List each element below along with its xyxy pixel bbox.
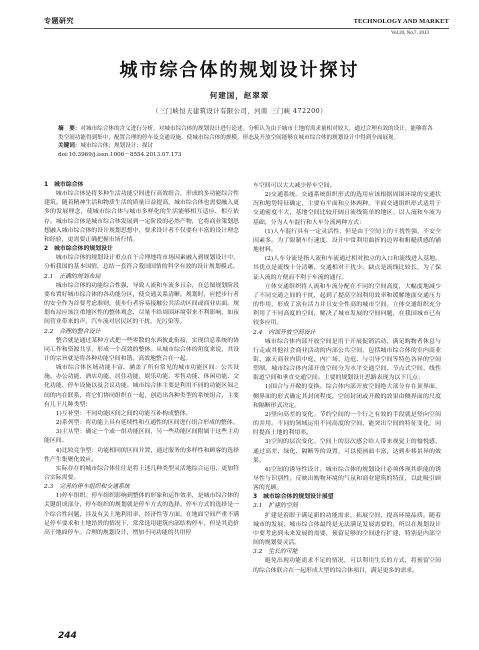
paragraph: (1)人车混行具有一定灵活性，但是由于空间上的干扰性强，不安全因素多。为了限制车… (253, 228, 441, 255)
section-heading: 2 城市综合体的规划设计 (44, 245, 239, 254)
abstract-text: 对城市综合体的含义进行分析，对城市综合体的规划设计进行论述。分析认为由于城市土地… (58, 126, 433, 141)
paragraph: 2)系列型：将功能上具有延续性和互通性的区间进行组合形成的整体。 (44, 419, 239, 428)
paragraph: 城市综合体内部开放空间是用于开展促销活动、满足购物者休息与行走或其他社会商业活动… (253, 338, 441, 384)
paragraph: 1)停车组织。停车组织影响到整体的形象和运作效率，是城市综合体的关键组成部分，停… (44, 492, 239, 538)
paragraph: 1)互补型：不同功能区间之间的功能互补构成整体。 (44, 410, 239, 419)
paragraph: 2)交通系统。交通系统组织形式的选用应该根据周围环境的交通状况和地势特征确定，主… (253, 191, 441, 228)
paragraph: 实际存在的城市综合体往往是将上述几种类型灵活地综合运用，更加符合实际需要。 (44, 465, 239, 483)
paragraph: 车空间可以大大减少停车空间。 (253, 182, 441, 191)
section-heading: 3 城市综合体的规划设计展望 (253, 493, 441, 502)
subsection-heading: 3.1 扩建的空间 (253, 502, 441, 511)
doi: doi:10.3969/j.issn.1006－8554.2013.07.173 (58, 151, 433, 160)
right-column: 车空间可以大大减少停车空间。2)交通系统。交通系统组织形式的选用应该根据周围环境… (253, 182, 441, 576)
article-affiliation: （三门峡恒天建筑设计有限公司，河南 三门峡 472200） (0, 106, 479, 115)
subsection-heading: 2.1 正确的规划布局 (44, 273, 239, 282)
keywords-label: 关键词： (58, 143, 80, 149)
paragraph: 城市综合体是将多种生活功能空间进行高效组合，形成的多功能综合性建筑。随着精神生活… (44, 190, 239, 245)
paragraph: 扩建是着眼于满足新的功能需求，拓展空间，提高环境品质。随着城市的发展，城市综合体… (253, 512, 441, 549)
paragraph: 整合就是通过某种方式把一些零散的东西彼此衔接，实现信息系统的协同工作和资源共享，… (44, 337, 239, 364)
paragraph: 2)竖向高差的变化。节约空间的一个行之有效的手段就是竖向空间的并用。不同的领域运… (253, 411, 441, 438)
running-header-journal: TECHNOLOGY AND MARKET (354, 18, 449, 25)
left-column: 1 城市综合体城市综合体是将多种生活功能空间进行高效组合，形成的多功能综合性建筑… (44, 181, 239, 538)
paragraph: 城市综合体的规划设计重点在于合理地将市场因素融入到规划设计中，分析我国的基本国情… (44, 254, 239, 272)
paragraph: 避免出现功能需求不足的情况，可以利用生长的方式，将预留空间的综合体联合在一起形成… (253, 557, 441, 575)
section-heading: 1 城市综合体 (44, 181, 239, 190)
paragraph: 立体交通组织将人流和车流分配在不同的空间高度，大幅度地减少了不同交通之间的干扰，… (253, 283, 441, 329)
abstract: 摘 要：对城市综合体的含义进行分析，对城市综合体的规划设计进行论述。分析认为由于… (58, 125, 433, 142)
paragraph: 城市综合体的功能综合性强，导致人流和车流多且杂，在总图规划阶段要布置好城市综合体… (44, 282, 239, 328)
article-title: 城市综合体的规划设计探讨 (0, 56, 479, 82)
abstract-block: 摘 要：对城市综合体的含义进行分析，对城市综合体的规划设计进行论述。分析认为由于… (58, 125, 433, 159)
paragraph: 3)空间的层次变化。空间上的层次感会给人带来视觉上的愉悦感，通过高差、绿化、隔断… (253, 438, 441, 465)
paragraph: (2)人车分流是指人流和车流通过相对独立的入口和流线进入基地。其优点是流线十分清… (253, 255, 441, 282)
page-number: 244 (58, 631, 77, 641)
keywords-text: 城市综合体；规划设计；探讨 (80, 143, 153, 149)
subsection-heading: 2.3 完善的停车组织和交通系统 (44, 483, 239, 492)
running-header-section: 专题研究 (44, 16, 74, 26)
paragraph: 3)主从型：确定一个或一组功能区间，另一些功能区间附属于这些主功能区间。 (44, 428, 239, 446)
paragraph: 1)围合与开敞的变换。综合体内部开放空间绝大部分存在顶界面，侧界面的形式确定其封… (253, 383, 441, 410)
keywords: 关键词：城市综合体；规划设计；探讨 (58, 142, 433, 151)
paragraph: 城市综合体区域功能丰富，涵盖了所有常见的城市功能区间：公共设施、办公功能、酒店功… (44, 364, 239, 410)
header-rule (44, 28, 449, 29)
subsection-heading: 3.2 生长的可能 (253, 548, 441, 557)
journal-volume: Vol.20, No.7, 2013 (391, 31, 429, 36)
paragraph: 4)比较竞争型：功能相同的区间并置，通过服务的多样性和顾客的选择性产生集聚化效应… (44, 447, 239, 465)
subsection-heading: 2.2 合理的整合设计 (44, 328, 239, 337)
abstract-label: 摘 要： (58, 126, 80, 132)
paragraph: 4)空间的诱导性设计。城市综合体的规划设计必须体现其职能的诱导性与识别性，反映出… (253, 466, 441, 493)
subsection-heading: 2.4 内部开放空间设计 (253, 329, 441, 338)
article-authors: 何建国，赵翠翠 (0, 90, 479, 101)
